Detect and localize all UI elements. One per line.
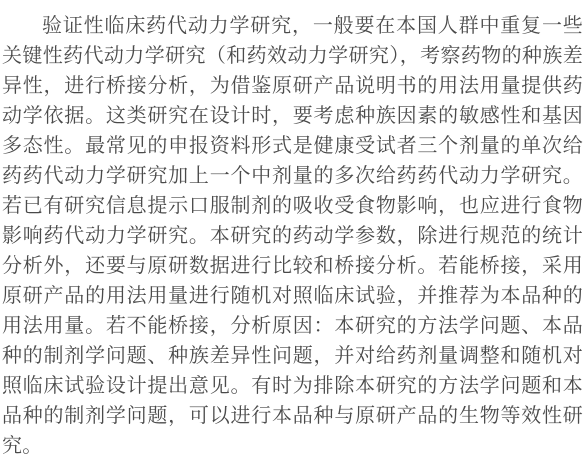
paragraph-text: 验证性临床药代动力学研究，一般要在本国人群中重复一些关键性药代动力学研究（和药效… bbox=[2, 11, 583, 461]
document-page: 验证性临床药代动力学研究，一般要在本国人群中重复一些关键性药代动力学研究（和药效… bbox=[0, 0, 586, 466]
